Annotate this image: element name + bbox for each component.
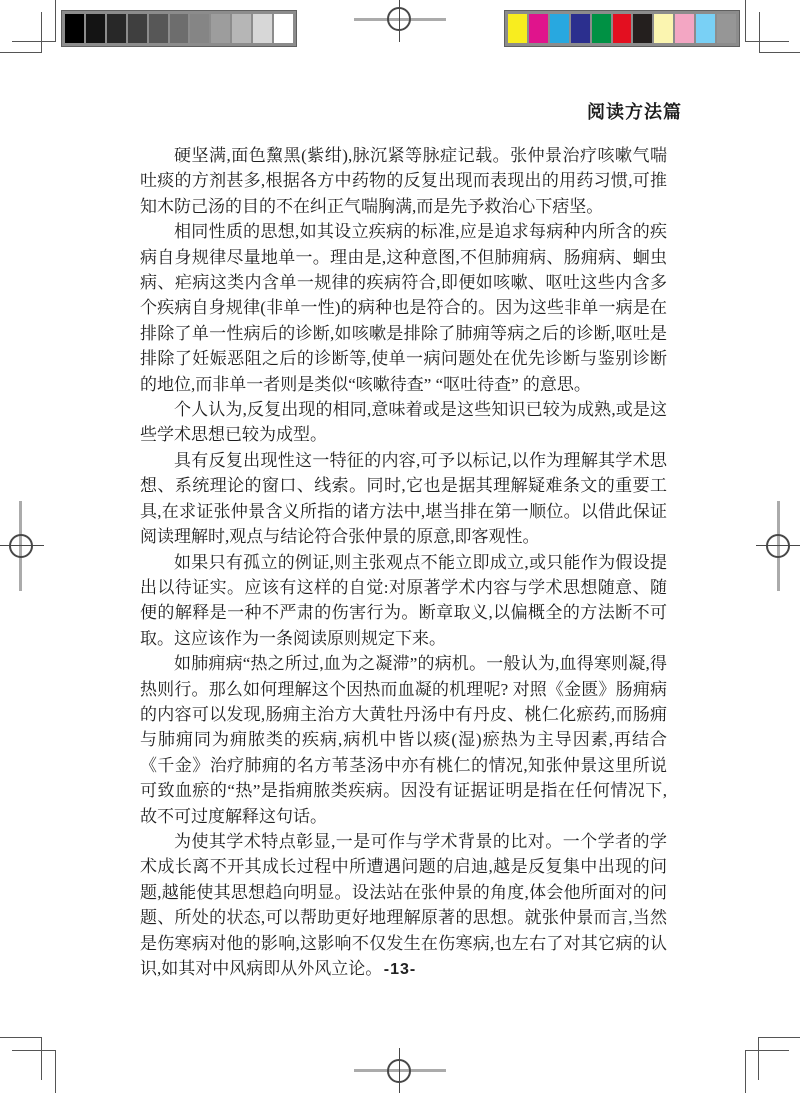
grayscale-swatch [65,14,84,43]
color-swatch [675,14,694,43]
body-paragraph: 如肺痈病“热之所过,血为之凝滞”的病机。一般认为,血得寒则凝,得热则行。那么如何… [140,651,667,829]
scanned-book-page: 阅读方法篇 硬坚满,面色黧黑(紫绀),脉沉紧等脉症记载。张仲景治疗咳嗽气喘吐痰的… [0,0,800,1093]
color-swatch [696,14,715,43]
body-paragraph: 相同性质的思想,如其设立疾病的标准,应是追求每病种内所含的疾病自身规律尽量地单一… [140,219,667,397]
page-header-title: 阅读方法篇 [587,98,682,124]
color-swatch [550,14,569,43]
grayscale-swatch [170,14,189,43]
body-text: 硬坚满,面色黧黑(紫绀),脉沉紧等脉症记载。张仲景治疗咳嗽气喘吐痰的方剂甚多,根… [140,143,667,981]
grayscale-swatch [253,14,272,43]
page-number: -13- [0,961,800,979]
color-calibration-bar [505,11,739,46]
grayscale-swatch [107,14,126,43]
grayscale-swatch [128,14,147,43]
grayscale-swatch [274,14,293,43]
grayscale-calibration-bar [62,11,296,46]
crop-mark-icon [759,12,800,53]
color-swatch [571,14,590,43]
grayscale-swatch [232,14,251,43]
color-swatch [508,14,527,43]
registration-circle [387,7,411,31]
color-swatch [529,14,548,43]
grayscale-swatch [190,14,209,43]
body-paragraph: 如果只有孤立的例证,则主张观点不能立即成立,或只能作为假设提出以待证实。应该有这… [140,550,667,652]
body-paragraph: 具有反复出现性这一特征的内容,可予以标记,以作为理解其学术思想、系统理论的窗口、… [140,448,667,550]
crop-mark-icon [745,1050,789,1093]
color-swatch [592,14,611,43]
body-paragraph: 个人认为,反复出现的相同,意味着或是这些知识已较为成熟,或是这些学术思想已较为成… [140,397,667,448]
grayscale-swatch [86,14,105,43]
color-swatch [717,14,736,43]
registration-circle [9,534,33,558]
color-swatch [633,14,652,43]
body-paragraph: 为使其学术特点彰显,一是可作与学术背景的比对。一个学者的学术成长离不开其成长过程… [140,829,667,981]
grayscale-swatch [149,14,168,43]
body-paragraph: 硬坚满,面色黧黑(紫绀),脉沉紧等脉症记载。张仲景治疗咳嗽气喘吐痰的方剂甚多,根… [140,143,667,219]
crop-mark-icon [12,1050,56,1093]
registration-circle [387,1059,411,1083]
crop-mark-icon [0,12,42,53]
registration-circle [766,534,790,558]
grayscale-swatch [211,14,230,43]
color-swatch [654,14,673,43]
color-swatch [613,14,632,43]
